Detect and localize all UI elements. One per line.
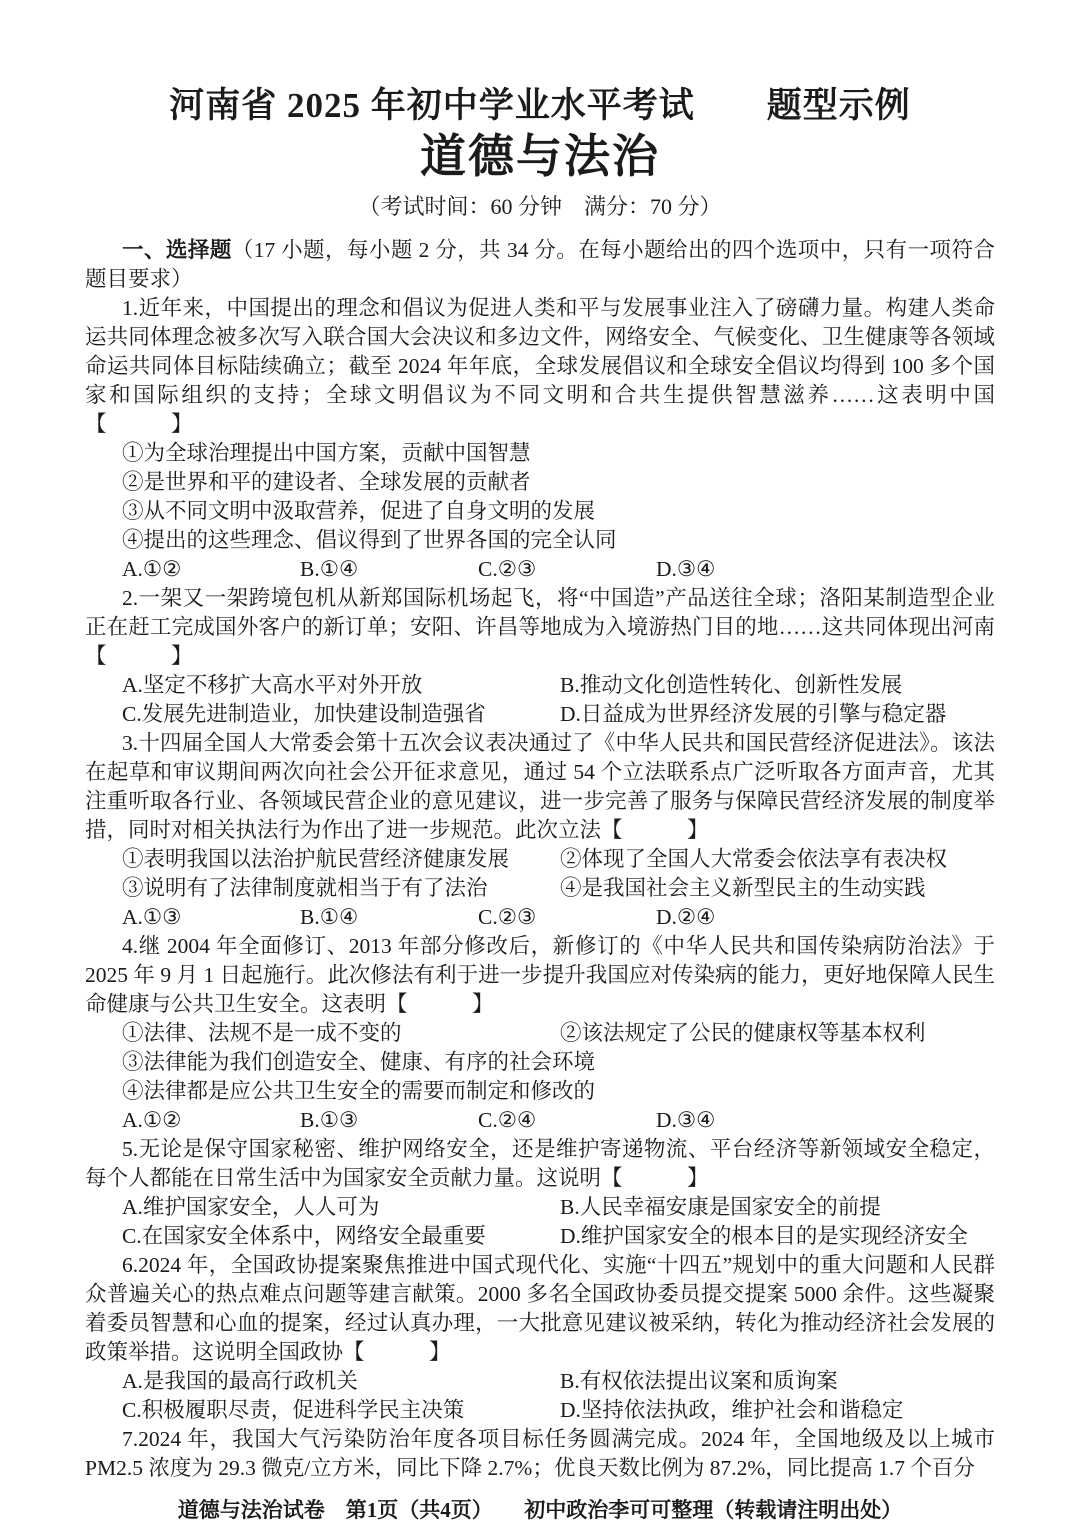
- exam-title: 河南省 2025 年初中学业水平考试 题型示例: [85, 84, 995, 128]
- choice-item: C.发展先进制造业，加快建设制造强省: [122, 700, 560, 729]
- question-3-choices: A.①③B.①④C.②③D.②④: [85, 903, 995, 932]
- choice-item: C.在国家安全体系中，网络安全最重要: [122, 1222, 560, 1251]
- question-6-choices-ab: A.是我国的最高行政机关B.有权依法提出议案和质询案: [85, 1367, 995, 1396]
- choice-item: A.维护国家安全，人人可为: [122, 1193, 560, 1222]
- choice-item: C.②③: [478, 555, 656, 584]
- question-3-subitems-34: ③说明有了法律制度就相当于有了法治④是我国社会主义新型民主的生动实践: [85, 874, 995, 903]
- section-label: 一、选择题: [122, 238, 232, 262]
- choice-item: D.日益成为世界经济发展的引擎与稳定器: [560, 702, 946, 726]
- question-1-stem: 1.近年来，中国提出的理念和倡议为促进人类和平与发展事业注入了磅礴力量。构建人类…: [85, 294, 995, 439]
- choice-item: A.坚定不移扩大高水平对外开放: [122, 671, 560, 700]
- question-4-subitems-12: ①法律、法规不是一成不变的②该法规定了公民的健康权等基本权利: [85, 1019, 995, 1048]
- choice-item: D.③④: [656, 1106, 715, 1135]
- choice-item: C.积极履职尽责，促进科学民主决策: [122, 1396, 560, 1425]
- section-heading: 一、选择题（17 小题，每小题 2 分，共 34 分。在每小题给出的四个选项中，…: [85, 236, 995, 294]
- question-1-subitem-3: ③从不同文明中汲取营养，促进了自身文明的发展: [85, 497, 995, 526]
- question-6-stem: 6.2024 年，全国政协提案聚焦推进中国式现代化、实施“十四五”规划中的重大问…: [85, 1251, 995, 1367]
- question-5-choices-ab: A.维护国家安全，人人可为B.人民幸福安康是国家安全的前提: [85, 1193, 995, 1222]
- question-7-stem: 7.2024 年，我国大气污染防治年度各项目标任务圆满完成。2024 年，全国地…: [85, 1425, 995, 1483]
- question-6-choices-cd: C.积极履职尽责，促进科学民主决策D.坚持依法执政，维护社会和谐稳定: [85, 1396, 995, 1425]
- choice-item: A.①③: [122, 903, 300, 932]
- question-4-subitem-4: ④法律都是应公共卫生安全的需要而制定和修改的: [85, 1077, 995, 1106]
- question-2-choices-ab: A.坚定不移扩大高水平对外开放B.推动文化创造性转化、创新性发展: [85, 671, 995, 700]
- choice-item: C.②④: [478, 1106, 656, 1135]
- exam-body: 一、选择题（17 小题，每小题 2 分，共 34 分。在每小题给出的四个选项中，…: [85, 236, 995, 1483]
- exam-subject: 道德与法治: [85, 128, 995, 186]
- choice-item: B.有权依法提出议案和质询案: [560, 1369, 838, 1393]
- choice-item: B.①③: [300, 1106, 478, 1135]
- question-1-subitem-4: ④提出的这些理念、倡议得到了世界各国的完全认同: [85, 526, 995, 555]
- question-4-choices: A.①②B.①③C.②④D.③④: [85, 1106, 995, 1135]
- question-subitem: ①表明我国以法治护航民营经济健康发展: [122, 845, 560, 874]
- choice-item: D.坚持依法执政，维护社会和谐稳定: [560, 1398, 903, 1422]
- page-footer: 道德与法治试卷 第1页（共4页） 初中政治李可可整理（转载请注明出处）: [85, 1496, 995, 1524]
- question-4-stem: 4.继 2004 年全面修订、2013 年部分修改后，新修订的《中华人民共和国传…: [85, 932, 995, 1019]
- exam-info: （考试时间：60 分钟 满分：70 分）: [85, 192, 995, 222]
- choice-item: A.①②: [122, 555, 300, 584]
- choice-item: A.①②: [122, 1106, 300, 1135]
- question-subitem: ①法律、法规不是一成不变的: [122, 1019, 560, 1048]
- question-3-stem: 3.十四届全国人大常委会第十五次会议表决通过了《中华人民共和国民营经济促进法》。…: [85, 729, 995, 845]
- choice-item: D.②④: [656, 903, 715, 932]
- question-5-choices-cd: C.在国家安全体系中，网络安全最重要D.维护国家安全的根本目的是实现经济安全: [85, 1222, 995, 1251]
- choice-item: D.维护国家安全的根本目的是实现经济安全: [560, 1224, 968, 1248]
- question-subitem: ④是我国社会主义新型民主的生动实践: [560, 876, 926, 900]
- question-2-choices-cd: C.发展先进制造业，加快建设制造强省D.日益成为世界经济发展的引擎与稳定器: [85, 700, 995, 729]
- question-2-stem: 2.一架又一架跨境包机从新郑国际机场起飞，将“中国造”产品送往全球；洛阳某制造型…: [85, 584, 995, 671]
- choice-item: B.人民幸福安康是国家安全的前提: [560, 1195, 881, 1219]
- choice-item: B.推动文化创造性转化、创新性发展: [560, 673, 902, 697]
- question-5-stem: 5.无论是保守国家秘密、维护网络安全，还是维护寄递物流、平台经济等新领域安全稳定…: [85, 1135, 995, 1193]
- question-subitem: ②体现了全国人大常委会依法享有表决权: [560, 847, 947, 871]
- question-subitem: ③说明有了法律制度就相当于有了法治: [122, 874, 560, 903]
- choice-item: B.①④: [300, 903, 478, 932]
- question-3-subitems-12: ①表明我国以法治护航民营经济健康发展②体现了全国人大常委会依法享有表决权: [85, 845, 995, 874]
- exam-page: 河南省 2025 年初中学业水平考试 题型示例 道德与法治 （考试时间：60 分…: [85, 0, 995, 1524]
- choice-item: A.是我国的最高行政机关: [122, 1367, 560, 1396]
- question-subitem: ②该法规定了公民的健康权等基本权利: [560, 1021, 926, 1045]
- question-1-subitem-1: ①为全球治理提出中国方案，贡献中国智慧: [85, 439, 995, 468]
- question-1-subitem-2: ②是世界和平的建设者、全球发展的贡献者: [85, 468, 995, 497]
- choice-item: C.②③: [478, 903, 656, 932]
- choice-item: B.①④: [300, 555, 478, 584]
- question-4-subitem-3: ③法律能为我们创造安全、健康、有序的社会环境: [85, 1048, 995, 1077]
- question-1-choices: A.①②B.①④C.②③D.③④: [85, 555, 995, 584]
- choice-item: D.③④: [656, 555, 715, 584]
